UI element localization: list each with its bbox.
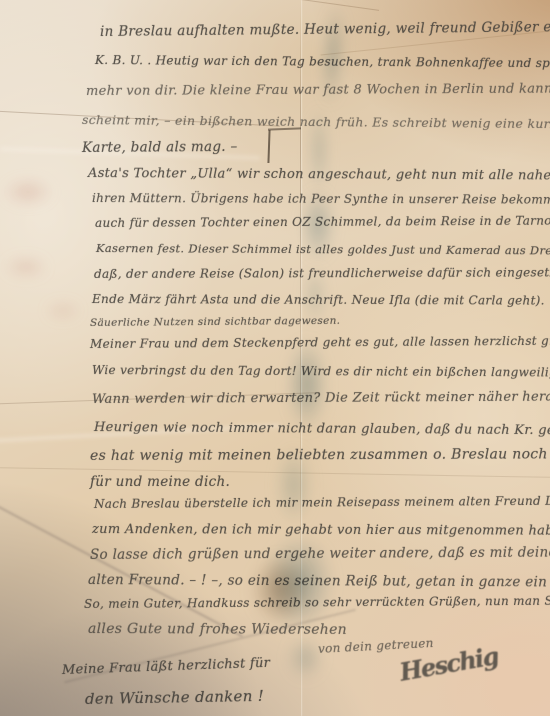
handwritten-line: zum Andenken, den ich mir gehabt von hie… <box>92 522 550 539</box>
handwritten-line: daß, der andere Reise (Salon) ist freund… <box>94 265 550 281</box>
handwritten-line: alten Freund. – ! –, so ein es seinen Re… <box>88 572 547 590</box>
handwritten-line: Säuerliche Nutzen sind sichtbar dagewese… <box>90 315 340 329</box>
handwritten-line: für und meine dich. <box>90 474 230 490</box>
handwritten-line: Asta's Tochter „Ulla“ wir schon angescha… <box>88 166 550 183</box>
handwritten-line: Wie verbringst du den Tag dort! Wird es … <box>92 363 550 379</box>
handwritten-line: So lasse dich grüßen und ergehe weiter a… <box>90 544 550 563</box>
handwritten-line: mehr von dir. Die kleine Frau war fast 8… <box>86 82 550 99</box>
handwritten-line: alles Gute und frohes Wiedersehen <box>88 621 347 638</box>
handwritten-line: Kasernen fest. Dieser Schimmel ist alles… <box>96 241 550 258</box>
handwritten-line: Wann werden wir dich erwarten? Die Zeit … <box>92 390 550 407</box>
handwritten-line: auch für dessen Tochter einen OZ Schimme… <box>95 213 550 230</box>
handwritten-line: Ende März fährt Asta und die Anschrift. … <box>92 292 545 308</box>
letter-photo: in Breslau aufhalten mußte. Heut wenig, … <box>0 0 550 716</box>
handwritten-line: ihren Müttern. Übrigens habe ich Peer Sy… <box>92 191 550 207</box>
handwritten-line: Karte, bald als mag. – <box>82 139 238 156</box>
handwritten-line: es hat wenig mit meinen beliebten zusamm… <box>90 446 548 464</box>
postscript-line: den Wünsche danken ! <box>85 687 264 708</box>
